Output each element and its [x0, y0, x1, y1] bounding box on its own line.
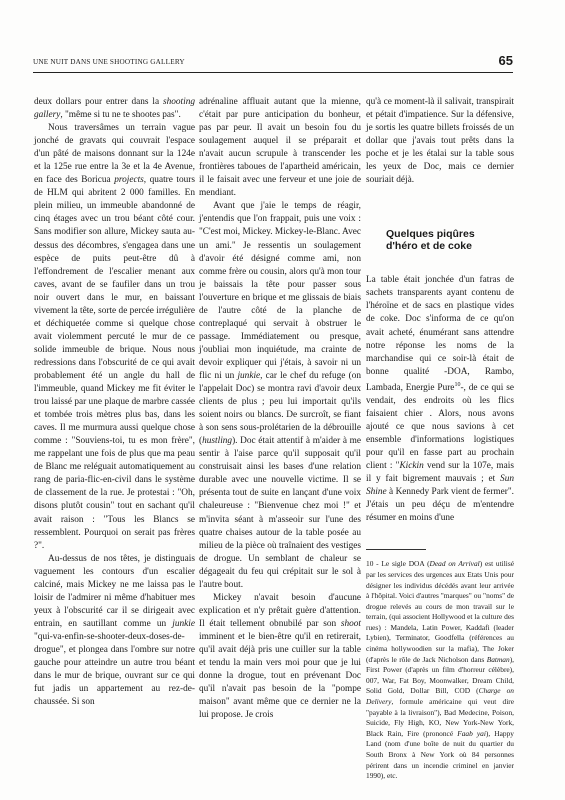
paragraph: La table était jonchée d'un fatras de sa…	[366, 274, 514, 525]
paragraph: deux dollars pour entrer dans la shootin…	[34, 96, 195, 122]
paragraph: adrénaline affluait autant que la mienne…	[199, 96, 361, 200]
italic-term: projects	[114, 175, 144, 185]
italic-term: Kickin	[399, 461, 423, 471]
right-column: qu'à ce moment-là il salivait, transpira…	[366, 96, 514, 782]
section-heading: Quelques piqûres d'héro et de coke	[386, 228, 514, 252]
text-run: La table était jonchée d'un fatras de sa…	[366, 275, 514, 392]
text-run: , car le chef du refuge (on l'appelait D…	[199, 371, 361, 446]
running-header: UNE NUIT DANS UNE SHOOTING GALLERY 65	[33, 52, 513, 73]
text-run: Au-dessus de nos têtes, je distinguais v…	[34, 554, 195, 629]
paragraph: Mickey n'avait besoin d'aucune explicati…	[199, 592, 361, 722]
text-run: imminent et le bien-être qu'il en retire…	[199, 632, 361, 720]
text-run: ) est utilisé par les services des urgen…	[366, 559, 514, 663]
italic-term: shoot	[341, 619, 361, 629]
italic-term: Faab yai	[457, 729, 486, 738]
paragraph: Nous traversâmes un terrain vague jonché…	[34, 122, 195, 553]
running-title: UNE NUIT DANS UNE SHOOTING GALLERY	[33, 58, 185, 66]
text-run: 10 - Le sigle DOA (	[366, 559, 430, 568]
spacer	[366, 252, 514, 274]
section-heading-line: Quelques piqûres	[386, 228, 514, 240]
italic-term: Batman	[487, 655, 510, 664]
italic-term: junkie	[172, 619, 195, 629]
text-run: ). Doc était attentif à m'aider à me sen…	[199, 436, 361, 590]
footnote: 10 - Le sigle DOA (Dead on Arrival) est …	[366, 559, 514, 781]
text-run: Mickey n'avait besoin d'aucune explicati…	[199, 593, 361, 629]
italic-term: Dead on Arrival	[430, 559, 480, 568]
section-heading-line: d'héro et de coke	[386, 240, 514, 252]
text-run: , quatre tours de HLM qui abritent 2 000…	[34, 175, 195, 550]
text-run: -, de ce qui se vendait, des endroits où…	[366, 383, 514, 471]
paragraph: Au-dessus de nos têtes, je distinguais v…	[34, 553, 195, 710]
text-run: "qui-va-enfin-se-shooter-deux-doses-de-d…	[34, 632, 195, 707]
text-run: , "même si tu ne te shootes pas".	[60, 110, 180, 120]
book-page: UNE NUIT DANS UNE SHOOTING GALLERY 65 de…	[0, 0, 565, 800]
italic-term: junkie	[237, 371, 260, 381]
italic-term: hustling	[202, 436, 232, 446]
left-column: deux dollars pour entrer dans la shootin…	[34, 96, 195, 709]
footnote-divider	[366, 549, 426, 550]
paragraph: qu'à ce moment-là il salivait, transpira…	[366, 96, 514, 187]
paragraph: Avant que j'aie le temps de réagir, j'en…	[199, 200, 361, 591]
middle-column: adrénaline affluait autant que la mienne…	[199, 96, 361, 722]
text-run: à Kennedy Park vient de fermer". J'étais…	[366, 487, 514, 523]
text-run: Avant que j'aie le temps de réagir, j'en…	[199, 201, 361, 381]
text-run: deux dollars pour entrer dans la	[34, 97, 163, 107]
page-number: 65	[499, 53, 513, 68]
